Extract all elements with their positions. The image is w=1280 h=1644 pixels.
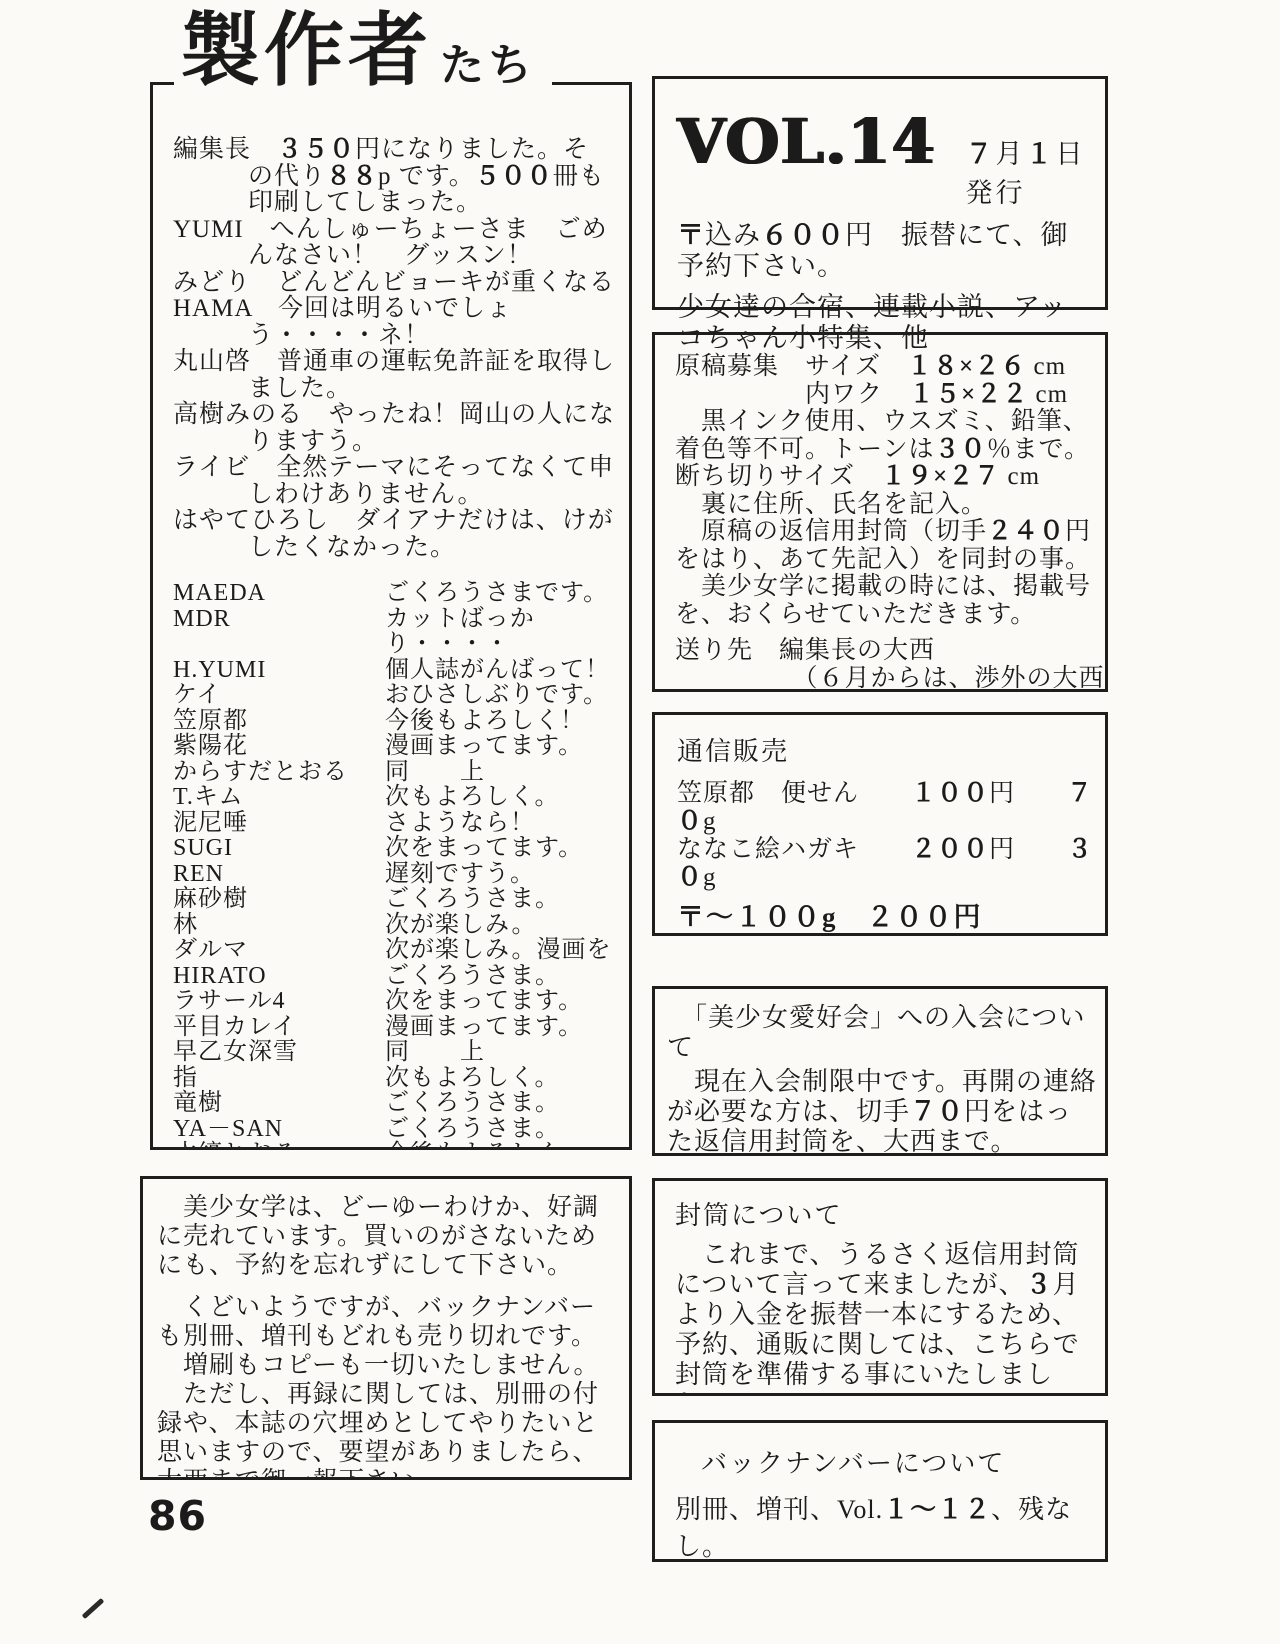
envelope-body: これまで、うるさく返信用封筒について言って来ましたが、３月より入金を振替一本にす… <box>675 1240 1097 1396</box>
member-row: T.キム次もよろしく。 <box>173 785 615 811</box>
member-row: YA－SANごくろうさま。 <box>173 1117 615 1143</box>
sales-note-box: 美少女学は、どーゆーわけか、好調に売れています。買いのがさないためにも、予約を忘… <box>140 1176 632 1480</box>
scan-artifact <box>82 1598 105 1619</box>
membership-body: 現在入会制限中です。再開の連絡が必要な方は、切手７０円をはった返信用封筒を、大西… <box>667 1067 1099 1156</box>
submission-line: 原稿の返信用封筒（切手２４０円をはり、あて先記入）を同封の事。 <box>675 518 1099 573</box>
member-name: T.キム <box>173 785 385 811</box>
submission-line: 黒インク使用、ウスズミ、鉛筆、着色等不可。トーンは３０％まで。 <box>675 408 1099 463</box>
member-comment: 今後もよろしく！ <box>385 709 615 735</box>
member-row: SUGI次をまってます。 <box>173 836 615 862</box>
envelope-policy-box: 封筒について これまで、うるさく返信用封筒について言って来ましたが、３月より入金… <box>652 1178 1108 1396</box>
page-title-suffix: たち <box>440 41 536 92</box>
member-comment: ごくろうさま。 <box>385 1117 615 1143</box>
issue-date: ７月１日 発行 <box>965 132 1095 210</box>
member-comment: 漫画まってます。 <box>385 1015 615 1041</box>
member-name: 水縞とおる <box>173 1142 385 1150</box>
member-row: REN遅刻ですう。 <box>173 862 615 888</box>
credit-note: みどり どんどんビョーキが重くなる <box>173 270 615 297</box>
member-comment: 今後もよろしく。 <box>385 1142 615 1150</box>
member-comment: 個人誌がんばって！ <box>385 658 615 684</box>
member-row: H.YUMI個人誌がんばって！ <box>173 658 615 684</box>
member-comment: 同 上 <box>385 760 615 786</box>
member-row: 林次が楽しみ。 <box>173 913 615 939</box>
member-row: ケイおひさしぶりです。 <box>173 683 615 709</box>
member-name: 麻砂樹 <box>173 887 385 913</box>
member-row: からすだとおる同 上 <box>173 760 615 786</box>
member-comment: 漫画まってます。 <box>385 734 615 760</box>
member-name: H.YUMI <box>173 658 385 684</box>
member-comment: ごくろうさま。 <box>385 964 615 990</box>
credit-note: 高樹みのる やったね！岡山の人になりますう。 <box>173 402 615 455</box>
member-list: MAEDAごくろうさまです。MDRカットばっかり・・・・H.YUMI個人誌がんば… <box>173 581 615 1150</box>
member-comment: さようなら！ <box>385 811 615 837</box>
sales-paragraph: 美少女学は、どーゆーわけか、好調に売れています。買いのがさないためにも、予約を忘… <box>157 1193 617 1280</box>
submission-line: 美少女学に掲載の時には、掲載号を、おくらせていただきます。 <box>675 573 1099 628</box>
member-name: SUGI <box>173 836 385 862</box>
credits-box: 編集長 ３５０円になりました。その代り８８p です。５００冊も印刷してしまった。… <box>150 82 632 1150</box>
member-name: MAEDA <box>173 581 385 607</box>
postage-rate: ～２５０g ３００円 <box>677 932 1095 936</box>
member-row: MAEDAごくろうさまです。 <box>173 581 615 607</box>
member-comment: 次をまってます。 <box>385 989 615 1015</box>
submission-line: 原稿募集 サイズ １８×２６ cm <box>675 353 1099 381</box>
member-row: 水縞とおる今後もよろしく。 <box>173 1142 615 1150</box>
credit-note: はやてひろし ダイアナだけは、けがしたくなかった。 <box>173 508 615 561</box>
backnumber-heading: バックナンバーについて <box>701 1443 1097 1480</box>
member-comment: 同 上 <box>385 1040 615 1066</box>
member-comment: 次が楽しみ。 <box>385 913 615 939</box>
volume-info-box: VOL.14 ７月１日 発行 〒込み６００円 振替にて、御予約下さい。 少女達の… <box>652 76 1108 310</box>
submission-line: 内ワク １５×２２ cm <box>675 381 1099 409</box>
member-name: REN <box>173 862 385 888</box>
membership-box: 「美少女愛好会」への入会について 現在入会制限中です。再開の連絡が必要な方は、切… <box>652 986 1108 1156</box>
credit-note: YUMI へんしゅーちょーさま ごめんなさい！ グッスン！ <box>173 217 615 270</box>
submission-sendto: 送り先 編集長の大西 <box>675 637 1099 665</box>
backnumber-body: 別冊、増刊、Vol.１～１２、残なし。 <box>675 1489 1097 1562</box>
member-comment: 次もよろしく。 <box>385 1066 615 1092</box>
member-row: 平目カレイ漫画まってます。 <box>173 1015 615 1041</box>
member-name: 泥尼唾 <box>173 811 385 837</box>
mail-order-heading: 通信販売 <box>677 731 1095 768</box>
credit-note: 丸山啓 普通車の運転免許証を取得しました。 <box>173 349 615 402</box>
manuscript-submission-box: 原稿募集 サイズ １８×２６ cm 内ワク １５×２２ cm 黒インク使用、ウス… <box>652 332 1108 692</box>
member-name: YA－SAN <box>173 1117 385 1143</box>
credit-notes-list: 編集長 ３５０円になりました。その代り８８p です。５００冊も印刷してしまった。… <box>173 137 615 561</box>
member-name: MDR <box>173 607 385 658</box>
member-comment: ごくろうさまです。 <box>385 581 615 607</box>
postage-rate: 〒～１００g ２００円 <box>677 902 1095 932</box>
page-number: 86 <box>148 1492 207 1540</box>
submission-line: 断ち切りサイズ １９×２７ cm <box>675 463 1099 491</box>
submission-guidelines: 原稿募集 サイズ １８×２６ cm 内ワク １５×２２ cm 黒インク使用、ウス… <box>675 353 1099 628</box>
credit-note: ライビ 全然テーマにそってなくて申しわけありません。 <box>173 455 615 508</box>
member-name: からすだとおる <box>173 760 385 786</box>
credit-note: HAMA 今回は明るいでしょう・・・・ネ！ <box>173 296 615 349</box>
member-row: 指次もよろしく。 <box>173 1066 615 1092</box>
sales-paragraph: ただし、再録に関しては、別冊の付録や、本誌の穴埋めとしてやりたいと思いますので、… <box>157 1380 617 1480</box>
member-row: HIRATOごくろうさま。 <box>173 964 615 990</box>
mail-order-items: 笠原都 便せん １００円 ７０gななこ絵ハガキ ２００円 ３０g <box>677 780 1095 892</box>
page-title-main: 製作者 <box>180 12 432 92</box>
member-comment: 次もよろしく。 <box>385 785 615 811</box>
member-comment: おひさしぶりです。 <box>385 683 615 709</box>
page-title: 製作者 たち <box>174 12 552 96</box>
sales-paragraphs: 美少女学は、どーゆーわけか、好調に売れています。買いのがさないためにも、予約を忘… <box>157 1193 617 1480</box>
volume-price: 〒込み６００円 振替にて、御予約下さい。 <box>677 220 1095 282</box>
member-name: 笠原都 <box>173 709 385 735</box>
mail-order-box: 通信販売 笠原都 便せん １００円 ７０gななこ絵ハガキ ２００円 ３０g 〒～… <box>652 712 1108 936</box>
member-row: 竜樹ごくろうさま。 <box>173 1091 615 1117</box>
member-row: ダルマ次が楽しみ。漫画を <box>173 938 615 964</box>
member-name: HIRATO <box>173 964 385 990</box>
member-name: 平目カレイ <box>173 1015 385 1041</box>
member-row: ラサール4次をまってます。 <box>173 989 615 1015</box>
member-name: 林 <box>173 913 385 939</box>
member-name: ラサール4 <box>173 989 385 1015</box>
member-name: ケイ <box>173 683 385 709</box>
member-name: 早乙女深雪 <box>173 1040 385 1066</box>
member-row: 泥尼唾さようなら！ <box>173 811 615 837</box>
mail-order-item: 笠原都 便せん １００円 ７０g <box>677 780 1095 836</box>
envelope-heading: 封筒について <box>675 1195 1097 1232</box>
submission-sendto-note: （６月からは、渉外の大西） <box>675 665 1099 693</box>
credit-note: 編集長 ３５０円になりました。その代り８８p です。５００冊も印刷してしまった。 <box>173 137 615 217</box>
member-comment: カットばっかり・・・・ <box>385 607 615 658</box>
member-name: 紫陽花 <box>173 734 385 760</box>
scanned-zine-page: 製作者 たち 編集長 ３５０円になりました。その代り８８p です。５００冊も印刷… <box>0 0 1280 1644</box>
sales-paragraph: 増刷もコピーも一切いたしません。 <box>157 1351 617 1380</box>
mail-order-item: ななこ絵ハガキ ２００円 ３０g <box>677 836 1095 892</box>
submission-line: 裏に住所、氏名を記入。 <box>675 491 1099 519</box>
member-name: 指 <box>173 1066 385 1092</box>
volume-headline: VOL.14 ７月１日 発行 <box>677 111 1095 210</box>
member-comment: 遅刻ですう。 <box>385 862 615 888</box>
member-comment: ごくろうさま。 <box>385 887 615 913</box>
member-row: 紫陽花漫画まってます。 <box>173 734 615 760</box>
sales-paragraph: くどいようですが、バックナンバーも別冊、増刊もどれも売り切れです。 <box>157 1293 617 1351</box>
volume-number: VOL.14 <box>677 111 935 173</box>
member-row: 笠原都今後もよろしく！ <box>173 709 615 735</box>
member-comment: ごくろうさま。 <box>385 1091 615 1117</box>
member-name: 竜樹 <box>173 1091 385 1117</box>
backnumber-box: バックナンバーについて 別冊、増刊、Vol.１～１２、残なし。 <box>652 1420 1108 1562</box>
member-comment: 次が楽しみ。漫画を <box>385 938 615 964</box>
member-name: ダルマ <box>173 938 385 964</box>
member-row: 早乙女深雪同 上 <box>173 1040 615 1066</box>
membership-heading: 「美少女愛好会」への入会について <box>667 1003 1099 1063</box>
member-comment: 次をまってます。 <box>385 836 615 862</box>
mail-order-postage: 〒～１００g ２００円 ～２５０g ３００円 <box>677 902 1095 936</box>
member-row: 麻砂樹ごくろうさま。 <box>173 887 615 913</box>
member-row: MDRカットばっかり・・・・ <box>173 607 615 658</box>
